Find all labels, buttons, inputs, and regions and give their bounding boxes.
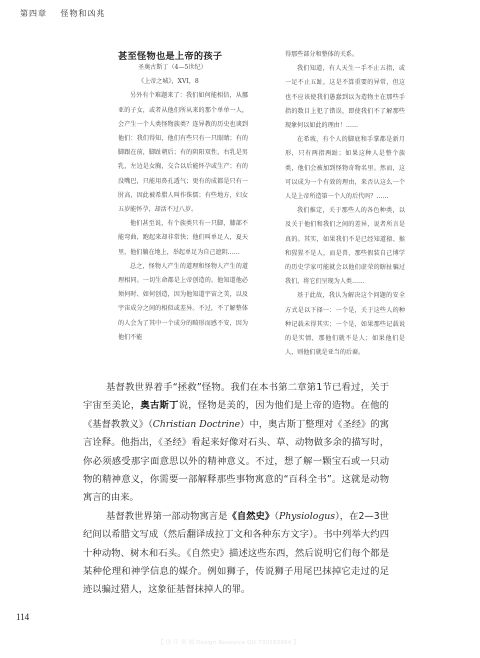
bold-name-augustine: 奥古斯丁: [140, 400, 178, 411]
sidebar-title: 甚至怪物也是上帝的孩子: [118, 48, 250, 62]
sidebar-left-column: 圣奥古斯丁（4—5世纪） 《上帝之城》，XVI，8 另外有个难题来了：我们如何能…: [118, 61, 248, 345]
page-number: 114: [16, 612, 29, 622]
sidebar-paragraph: 另外有个难题来了：我们如何能相信，从挪亚的子女，或者从他们所从来的那个单单一人，…: [118, 89, 248, 217]
chapter-label: 第四章: [20, 9, 47, 18]
sidebar-paragraph: 我们推定，关于那些人的各色种类，以及关于他们和我们之间的差异，说者所言是真的。其…: [285, 204, 405, 289]
running-head: 第四章 怪物和凶兆: [20, 8, 106, 19]
sidebar-paragraph: 我们知道，有人天生一手不止五指，或一足不止五趾，这是不算重要的异常，但这也不应该…: [285, 62, 405, 133]
latin-title: Christian Doctrine: [153, 419, 240, 430]
sidebar-paragraph: 得那些部分和整体的关系。: [285, 48, 405, 62]
sidebar-paragraph: 在希坡，有个人的脚底和手掌都是新月形，只有两指两趾；如果这种人是整个族类，他们会…: [285, 133, 405, 204]
text-span: ），在2—3世纪间以希腊文写成（然后翻译成拉丁文和各种东方文字）。书中列举大约四…: [83, 511, 389, 596]
sidebar-quote-box: 甚至怪物也是上帝的孩子 圣奥古斯丁（4—5世纪） 《上帝之城》，XVI，8 另外…: [118, 48, 408, 368]
bold-title-physiologus: 《自然史》: [228, 511, 275, 522]
latin-title: Physiologus: [279, 511, 335, 522]
body-paragraph-2: 基督教世界第一部动物寓言是《自然史》（Physiologus），在2—3世纪间以…: [83, 508, 389, 600]
sidebar-author: 圣奥古斯丁（4—5世纪）: [118, 61, 248, 75]
text-span: 基督教世界第一部动物寓言是: [106, 511, 228, 522]
chapter-title: 怪物和凶兆: [61, 9, 106, 18]
watermark: 【 设 计 资 源 Design Resource QQ 730183994 】: [158, 638, 299, 646]
sidebar-paragraph: 总之，怪物人产生的道理和怪物人产生的道理相同。一切生命都是上帝创造的。他知道他必…: [118, 260, 248, 345]
sidebar-source: 《上帝之城》，XVI，8: [118, 75, 248, 89]
text-span: ）中，奥古斯丁整理对《圣经》的寓言诠释。他指出，《圣经》看起来好像对石头、草、动…: [83, 419, 389, 504]
main-body-text: 基督教世界着手“拯救”怪物。我们在本书第二章第1节已看过，关于宇宙至美论，奥古斯…: [83, 379, 389, 600]
sidebar-paragraph: 基于此故，我认为解决这个问题的安全方式是以下择一：一个是，关于这些人的种种记载未…: [285, 289, 405, 360]
body-paragraph-1: 基督教世界着手“拯救”怪物。我们在本书第二章第1节已看过，关于宇宙至美论，奥古斯…: [83, 379, 389, 508]
sidebar-paragraph: 他们甚至说，有个族类只有一只脚，膝部不能弯曲，跑起来却非常快；他们叫单足人，夏天…: [118, 217, 248, 260]
sidebar-right-column: 得那些部分和整体的关系。 我们知道，有人天生一手不止五指，或一足不止五趾，这是不…: [285, 48, 405, 360]
